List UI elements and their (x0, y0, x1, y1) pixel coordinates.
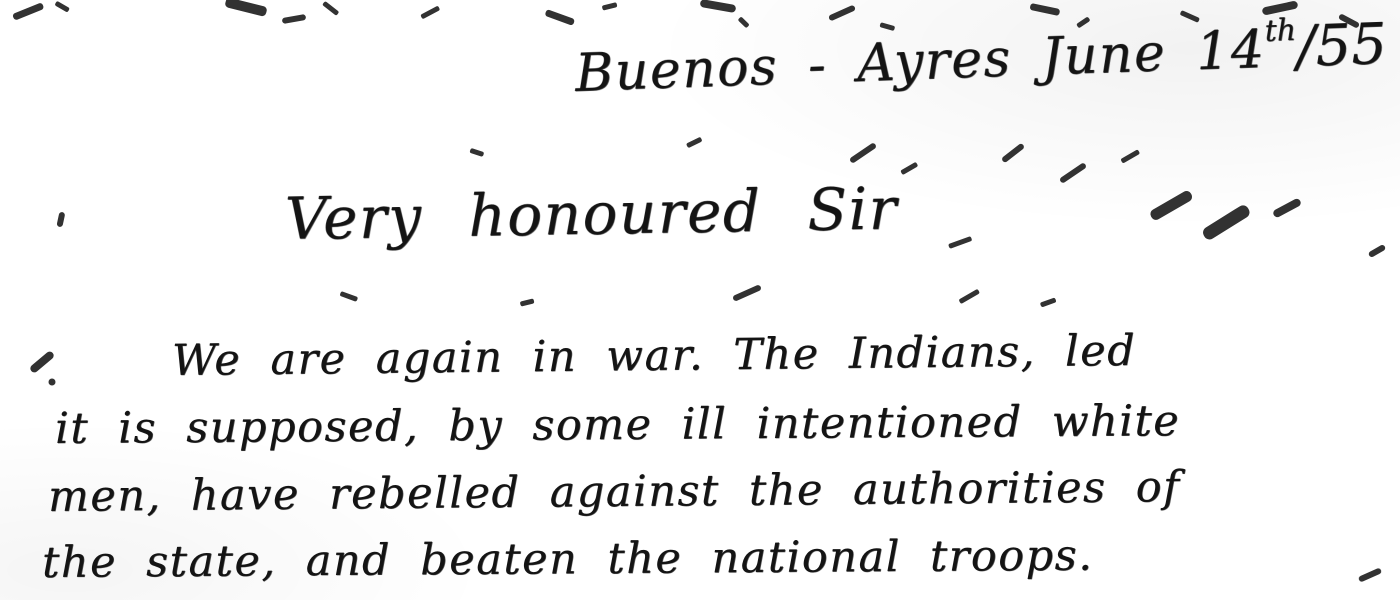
body-line: We are again in war. The Indians, led (172, 326, 1137, 386)
body-line: men, have rebelled against the authoriti… (48, 462, 1181, 522)
letter-dateline: Buenos - Ayres June 14th/55 (574, 10, 1388, 105)
letter-salutation: Very honoured Sir (284, 174, 898, 253)
letter-scan-page: Buenos - Ayres June 14th/55 Very honoure… (0, 0, 1400, 600)
dateline-place-date: Buenos - Ayres June 14 (574, 20, 1266, 104)
dateline-year: /55 (1295, 12, 1387, 80)
body-line: it is supposed, by some ill intentioned … (55, 396, 1180, 454)
body-line: the state, and beaten the national troop… (42, 531, 1094, 588)
dateline-day-superscript: th (1264, 13, 1297, 49)
